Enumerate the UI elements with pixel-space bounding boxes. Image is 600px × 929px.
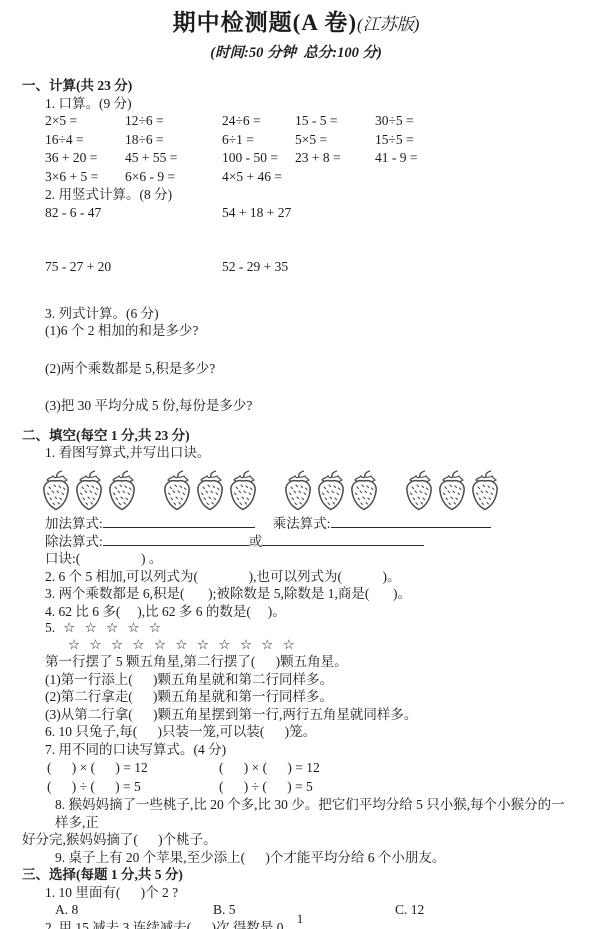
equation-item: (3)把 30 平均分成 5 份,每份是多少?: [45, 397, 570, 415]
addition-label: 加法算式:: [45, 516, 103, 531]
oral-calc-label: 1. 口算。(9 分): [45, 95, 570, 113]
equation-item: (2)两个乘数都是 5,积是多少?: [45, 360, 570, 378]
strawberry-icon: [315, 469, 347, 511]
oral-problem: 4×5 + 46 =: [222, 168, 295, 187]
oral-problem: 100 - 50 =: [222, 149, 295, 168]
strawberry-icon: [348, 469, 380, 511]
star-icons-row2: ☆ ☆ ☆ ☆ ☆ ☆ ☆ ☆ ☆ ☆ ☆: [68, 637, 298, 652]
koujue-equation: ( ) ÷ ( ) = 5: [219, 777, 570, 796]
oral-problem: 15÷5 =: [375, 131, 570, 150]
division-blank-line: [103, 532, 249, 546]
koujue-equation-row: ( ) ÷ ( ) = 5 ( ) ÷ ( ) = 5: [47, 777, 570, 796]
test-paper-page: 期中检测题(A 卷)(江苏版) (时间:50 分钟 总分:100 分) 一、计算…: [0, 0, 600, 929]
star-icons-row1: ☆ ☆ ☆ ☆ ☆: [63, 620, 164, 635]
koujue-line: 口诀:( ) 。: [45, 550, 570, 568]
strawberry-icon: [194, 469, 226, 511]
fill-q8-line2: 好分完,猴妈妈摘了( )个桃子。: [22, 831, 570, 849]
oral-problem: [295, 168, 375, 187]
strawberry-icon: [282, 469, 314, 511]
strawberry-group: [40, 469, 139, 511]
equation-item: (1)6 个 2 相加的和是多少?: [45, 322, 570, 340]
oral-problem: 24÷6 =: [222, 112, 295, 131]
oral-problem: 18÷6 =: [125, 131, 222, 150]
or-label: 或: [249, 534, 263, 549]
title-edition: (江苏版): [357, 15, 419, 34]
addition-multiplication-line: 加法算式:乘法算式:: [45, 514, 570, 532]
strawberry-icon: [106, 469, 138, 511]
equation-calc-label: 3. 列式计算。(6 分): [45, 305, 570, 323]
fill-q5-item: (2)第二行拿走( )颗五角星就和第一行同样多。: [45, 688, 570, 706]
strawberry-icon: [40, 469, 72, 511]
oral-problem: 3×6 + 5 =: [45, 168, 125, 187]
oral-problem: 6÷1 =: [222, 131, 295, 150]
fill-q5-item: (1)第一行添上( )颗五角星就和第二行同样多。: [45, 671, 570, 689]
strawberry-icon: [403, 469, 435, 511]
strawberry-group: [282, 469, 381, 511]
oral-problem: 5×5 =: [295, 131, 375, 150]
fill-q3: 3. 两个乘数都是 6,积是( );被除数是 5,除数是 1,商是( )。: [45, 585, 570, 603]
koujue-equation: ( ) × ( ) = 12: [219, 758, 570, 777]
oral-calc-grid: 2×5 = 12÷6 = 24÷6 = 15 - 5 = 30÷5 = 16÷4…: [45, 112, 570, 186]
multiplication-label: 乘法算式:: [273, 516, 331, 531]
strawberry-group: [403, 469, 502, 511]
strawberry-icon: [469, 469, 501, 511]
vertical-problem: 75 - 27 + 20: [45, 258, 222, 276]
section2-heading: 二、填空(每空 1 分,共 23 分): [22, 427, 570, 445]
section3-heading: 三、选择(每题 1 分,共 5 分): [22, 866, 570, 884]
page-number: 1: [0, 910, 600, 928]
vertical-problem: 54 + 18 + 27: [222, 204, 570, 222]
vertical-problem: 82 - 6 - 47: [45, 204, 222, 222]
fill-q5-desc: 第一行摆了 5 颗五角星,第二行摆了( )颗五角星。: [45, 653, 570, 671]
title-main: 期中检测题(A 卷): [173, 10, 357, 35]
page-title: 期中检测题(A 卷)(江苏版): [22, 8, 570, 41]
fill-q5-item: (3)从第二行拿( )颗五角星摆到第一行,两行五角星就同样多。: [45, 706, 570, 724]
koujue-equation: ( ) ÷ ( ) = 5: [47, 777, 219, 796]
oral-problem: 30÷5 =: [375, 112, 570, 131]
oral-problem: 15 - 5 =: [295, 112, 375, 131]
oral-problem: 23 + 8 =: [295, 149, 375, 168]
multiplication-blank-line: [331, 514, 491, 528]
strawberry-icon: [436, 469, 468, 511]
fill-q2: 2. 6 个 5 相加,可以列式为( ),也可以列式为( )。: [45, 568, 570, 586]
fill-q9: 9. 桌子上有 20 个苹果,至少添上( )个才能平均分给 6 个小朋友。: [55, 849, 570, 867]
exam-time-score-subtitle: (时间:50 分钟 总分:100 分): [22, 41, 570, 65]
oral-problem: 16÷4 =: [45, 131, 125, 150]
koujue-equation-row: ( ) × ( ) = 12 ( ) × ( ) = 12: [47, 758, 570, 777]
division-blank-line-2: [262, 532, 424, 546]
vertical-calc-row: 82 - 6 - 47 54 + 18 + 27: [45, 204, 570, 222]
fill-q6: 6. 10 只兔子,每( )只装一笼,可以装( )笼。: [45, 723, 570, 741]
strawberry-group: [161, 469, 260, 511]
strawberry-icon: [161, 469, 193, 511]
koujue-equation: ( ) × ( ) = 12: [47, 758, 219, 777]
star-row-2: ☆ ☆ ☆ ☆ ☆ ☆ ☆ ☆ ☆ ☆ ☆: [68, 636, 570, 653]
oral-problem: 36 + 20 =: [45, 149, 125, 168]
strawberry-picture-row: [40, 465, 570, 511]
oral-problem: [375, 168, 570, 187]
oral-problem: 45 + 55 =: [125, 149, 222, 168]
strawberry-icon: [73, 469, 105, 511]
oral-problem: 41 - 9 =: [375, 149, 570, 168]
vertical-calc-row: 75 - 27 + 20 52 - 29 + 35: [45, 258, 570, 276]
star-row-1: 5.☆ ☆ ☆ ☆ ☆: [45, 620, 570, 636]
division-line: 除法算式:或: [45, 532, 570, 550]
oral-problem: 6×6 - 9 =: [125, 168, 222, 187]
division-label: 除法算式:: [45, 534, 103, 549]
vertical-calc-label: 2. 用竖式计算。(8 分): [45, 186, 570, 204]
fill-q4: 4. 62 比 6 多( ),比 62 多 6 的数是( )。: [45, 603, 570, 621]
oral-problem: 2×5 =: [45, 112, 125, 131]
fill-q5-number: 5.: [45, 620, 55, 635]
section1-heading: 一、计算(共 23 分): [22, 77, 570, 95]
fill-q8-line1: 8. 猴妈妈摘了一些桃子,比 20 个多,比 30 少。把它们平均分给 5 只小…: [55, 796, 570, 831]
addition-blank-line: [103, 514, 255, 528]
choice-q1: 1. 10 里面有( )个 2 ?: [45, 884, 570, 902]
strawberry-icon: [227, 469, 259, 511]
oral-problem: 12÷6 =: [125, 112, 222, 131]
fill-q1-label: 1. 看图写算式,并写出口诀。: [45, 444, 570, 462]
fill-q7-label: 7. 用不同的口诀写算式。(4 分): [45, 741, 570, 759]
vertical-problem: 52 - 29 + 35: [222, 258, 570, 276]
